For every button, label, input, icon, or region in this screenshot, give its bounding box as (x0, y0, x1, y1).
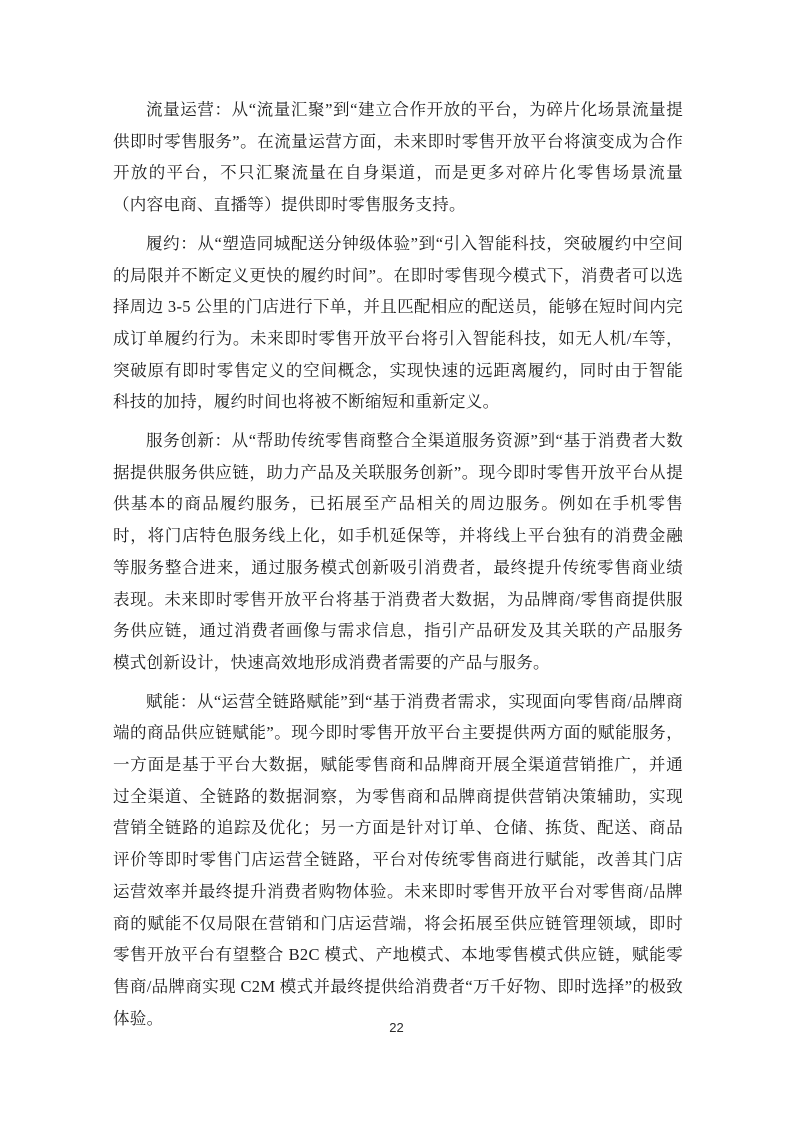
paragraph-service-innovation: 服务创新：从“帮助传统零售商整合全渠道服务资源”到“基于消费者大数据提供服务供应… (113, 425, 683, 679)
document-page: 流量运营：从“流量汇聚”到“建立合作开放的平台，为碎片化场景流量提供即时零售服务… (0, 0, 793, 1122)
page-number: 22 (0, 1020, 793, 1035)
paragraph-fulfillment: 履约：从“塑造同城配送分钟级体验”到“引入智能科技，突破履约中空间的局限并不断定… (113, 228, 683, 418)
paragraph-traffic-operation: 流量运营：从“流量汇聚”到“建立合作开放的平台，为碎片化场景流量提供即时零售服务… (113, 94, 683, 221)
page-content: 流量运营：从“流量汇聚”到“建立合作开放的平台，为碎片化场景流量提供即时零售服务… (113, 94, 683, 1041)
paragraph-empowerment: 赋能：从“运营全链路赋能”到“基于消费者需求，实现面向零售商/品牌商端的商品供应… (113, 686, 683, 1035)
